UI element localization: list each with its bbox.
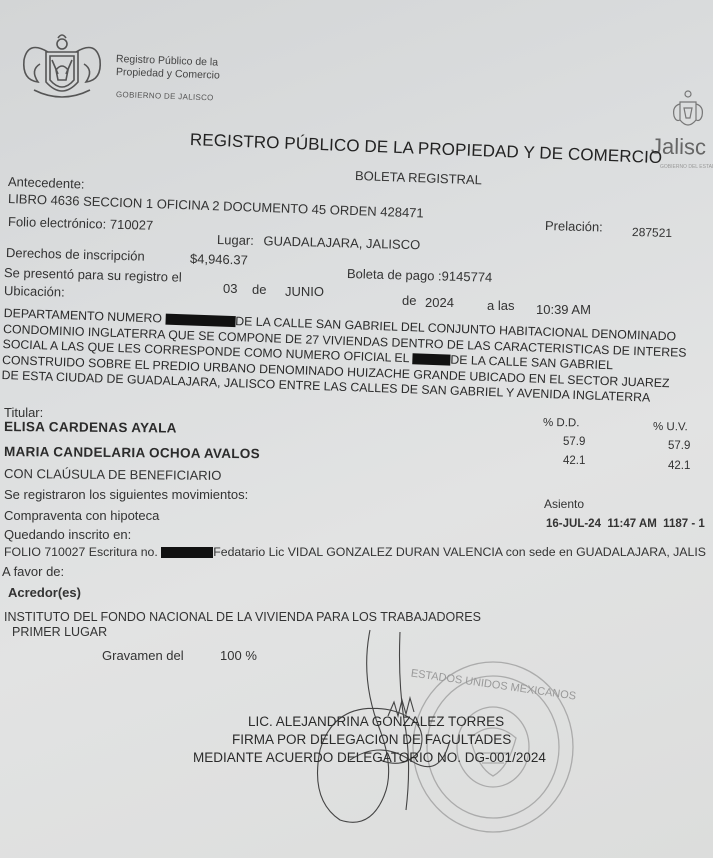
acreedor-priority: PRIMER LUGAR: [12, 625, 107, 639]
favor-label: A favor de:: [2, 564, 64, 579]
jalisco-coat-of-arms-icon: [18, 30, 106, 104]
signatory-name: LIC. ALEJANDRINA GONZALEZ TORRES: [248, 714, 504, 729]
signatory-agreement: MEDIANTE ACUERDO DELEGATORIO NO. DG-001/…: [193, 750, 546, 765]
inscrito-label: Quedando inscrito en:: [4, 527, 131, 542]
presentacion-day: 03: [223, 281, 237, 296]
folio-label: Folio electrónico:: [8, 214, 107, 232]
derechos-label: Derechos de inscripción: [6, 245, 145, 264]
derechos-value: $4,946.37: [190, 251, 248, 268]
boleta-registral-document: Registro Público de la Propiedad y Comer…: [0, 0, 713, 858]
signatory-authority: FIRMA POR DELEGACION DE FACULTADES: [232, 732, 511, 747]
owner-dd: 42.1: [563, 455, 585, 467]
redacted-block: [165, 314, 235, 327]
col-uv-header: % U.V.: [653, 421, 688, 433]
presentacion-year: 2024: [425, 295, 454, 310]
movimiento-type: Compraventa con hipoteca: [4, 508, 159, 523]
logo-registro-line2: Propiedad y Comercio: [116, 66, 220, 82]
presentacion-time: 10:39 AM: [536, 302, 591, 317]
boleta-pago-value: 9145774: [441, 268, 492, 284]
owner-uv: 57.9: [668, 440, 690, 452]
prelacion-label: Prelación:: [545, 218, 603, 235]
presentacion-de1: de: [252, 282, 266, 297]
gravamen-value: 100 %: [220, 648, 257, 663]
gravamen-label: Gravamen del: [102, 648, 184, 663]
ubicacion-description: DEPARTAMENTO NUMERO DE LA CALLE SAN GABR…: [1, 306, 713, 409]
presentacion-label: Se presentó para su registro el: [4, 265, 182, 285]
ubicacion-label: Ubicación:: [4, 283, 65, 300]
titular-label: Titular:: [4, 405, 43, 420]
movimientos-label: Se registraron los siguientes movimiento…: [4, 487, 248, 502]
lugar-value: GUADALAJARA, JALISCO: [263, 233, 420, 252]
owner-name: ELISA CARDENAS AYALA: [4, 419, 177, 436]
asiento-value: 16-JUL-24 11:47 AM 1187 - 1: [546, 518, 705, 530]
asiento-label: Asiento: [544, 497, 584, 511]
antecedente-label: Antecedente:: [8, 174, 85, 192]
document-subtitle: BOLETA REGISTRAL: [355, 168, 482, 187]
redacted-block: [161, 547, 213, 558]
folio-value: 710027: [110, 217, 154, 233]
beneficiary-clause: CON CLAÚSULA DE BENEFICIARIO: [4, 466, 222, 483]
lugar-label: Lugar:: [217, 232, 254, 248]
logo-gobierno-jalisco: GOBIERNO DE JALISCO: [116, 90, 214, 102]
redacted-block: [412, 354, 450, 366]
handwritten-signature-icon: [300, 620, 470, 840]
owner-uv: 42.1: [668, 460, 690, 472]
owner-dd: 57.9: [563, 436, 585, 448]
col-dd-header: % D.D.: [543, 417, 580, 429]
presentacion-a-las: a las: [487, 298, 514, 313]
jalisco-state-crest-icon: [670, 88, 706, 130]
document-title: REGISTRO PÚBLICO DE LA PROPIEDAD Y DE CO…: [190, 130, 663, 168]
jalisco-subtitle: GOBIERNO DEL ESTADO: [660, 164, 713, 170]
owner-name: MARIA CANDELARIA OCHOA AVALOS: [4, 444, 260, 461]
acreedor-label: Acredor(es): [8, 585, 81, 600]
inscrito-detail: FOLIO 710027 Escritura no. Fedatario Lic…: [4, 545, 706, 559]
boleta-pago-label: Boleta de pago :: [347, 266, 442, 283]
presentacion-de2: de: [402, 293, 416, 308]
prelacion-value: 287521: [632, 225, 672, 240]
presentacion-month: JUNIO: [285, 284, 324, 299]
